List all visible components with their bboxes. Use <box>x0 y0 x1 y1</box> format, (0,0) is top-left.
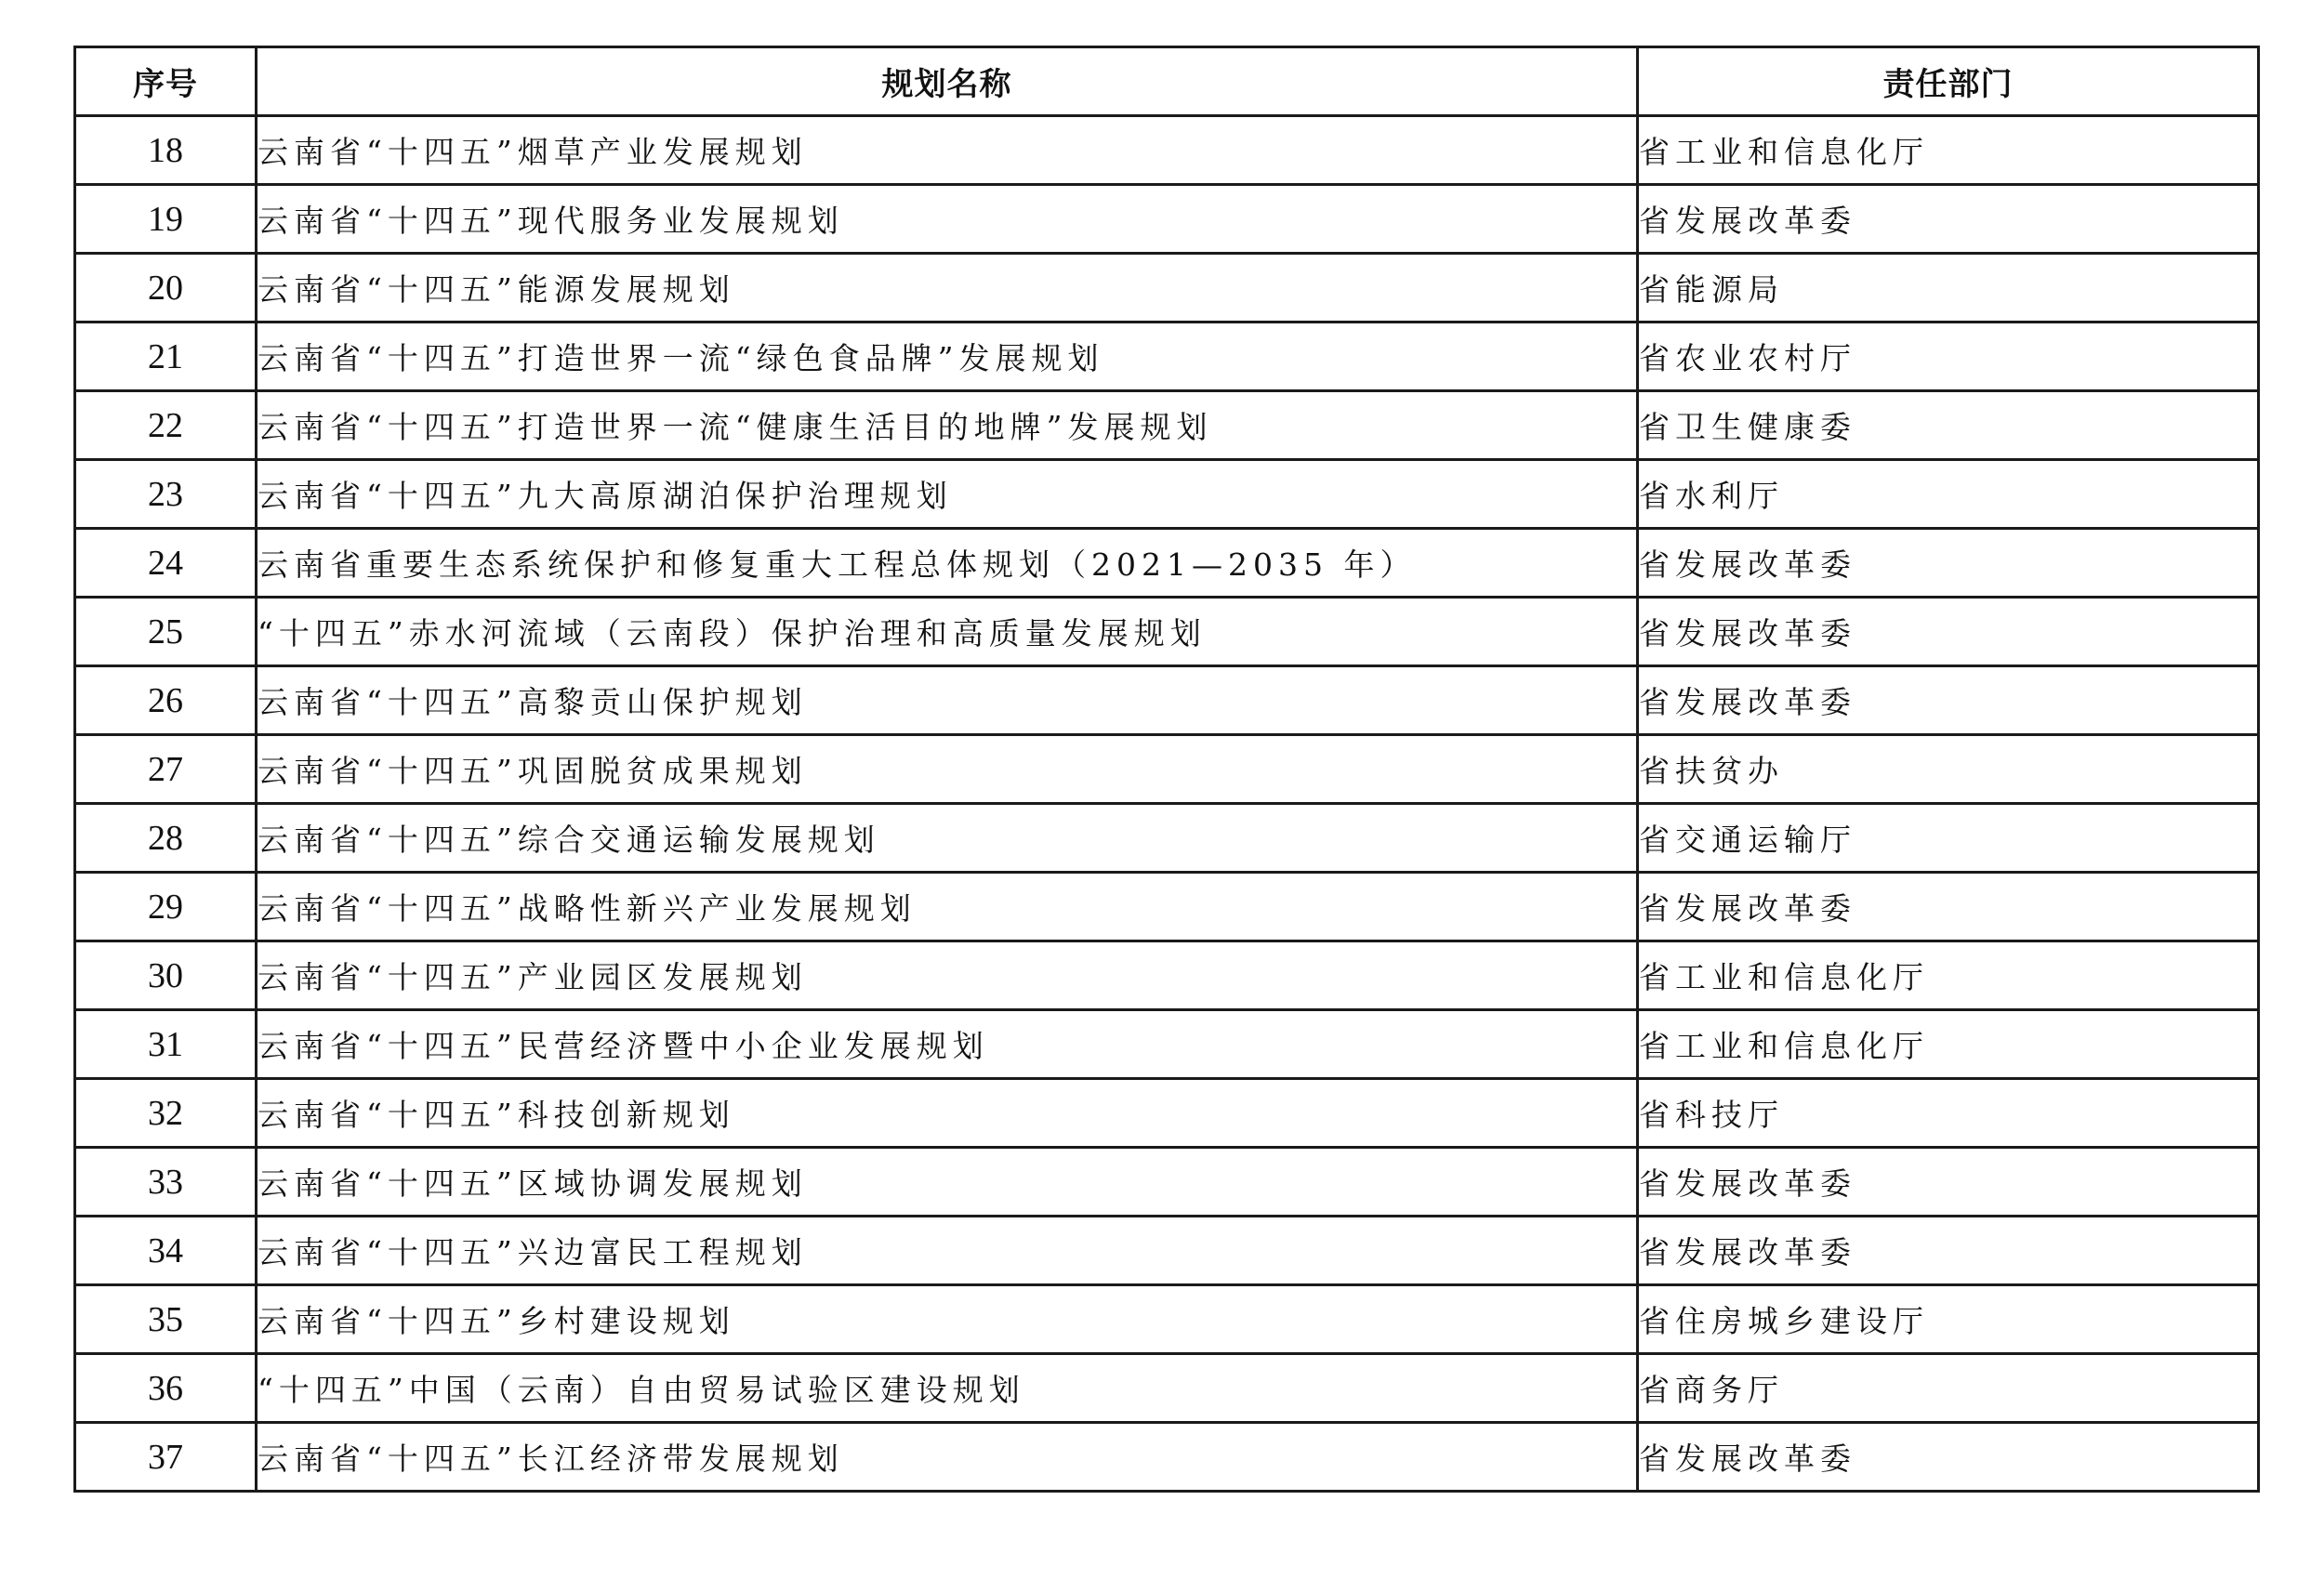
plan-name-cell: 云南省“十四五”打造世界一流“绿色食品牌”发展规划 <box>257 322 1638 391</box>
header-department: 责任部门 <box>1638 47 2259 116</box>
table-row: 30云南省“十四五”产业园区发展规划省工业和信息化厅 <box>75 941 2259 1010</box>
department-cell: 省扶贫办 <box>1638 735 2259 804</box>
table-body: 18云南省“十四五”烟草产业发展规划省工业和信息化厅19云南省“十四五”现代服务… <box>75 116 2259 1492</box>
row-index: 22 <box>75 391 257 460</box>
row-index: 29 <box>75 873 257 941</box>
plan-name-cell: 云南省“十四五”现代服务业发展规划 <box>257 185 1638 254</box>
department-cell: 省商务厅 <box>1638 1354 2259 1423</box>
row-index: 19 <box>75 185 257 254</box>
plan-name-cell: 云南省“十四五”巩固脱贫成果规划 <box>257 735 1638 804</box>
plan-name-cell: 云南省“十四五”产业园区发展规划 <box>257 941 1638 1010</box>
plan-name-cell: 云南省“十四五”长江经济带发展规划 <box>257 1423 1638 1492</box>
row-index: 25 <box>75 598 257 666</box>
plan-name-cell: 云南省“十四五”乡村建设规划 <box>257 1285 1638 1354</box>
table-row: 32云南省“十四五”科技创新规划省科技厅 <box>75 1079 2259 1148</box>
row-index: 35 <box>75 1285 257 1354</box>
table-row: 36“十四五”中国（云南）自由贸易试验区建设规划省商务厅 <box>75 1354 2259 1423</box>
department-cell: 省交通运输厅 <box>1638 804 2259 873</box>
plan-name-cell: 云南省“十四五”能源发展规划 <box>257 254 1638 322</box>
department-cell: 省发展改革委 <box>1638 185 2259 254</box>
table-row: 27云南省“十四五”巩固脱贫成果规划省扶贫办 <box>75 735 2259 804</box>
table-row: 21云南省“十四五”打造世界一流“绿色食品牌”发展规划省农业农村厅 <box>75 322 2259 391</box>
department-cell: 省工业和信息化厅 <box>1638 116 2259 185</box>
department-cell: 省住房城乡建设厅 <box>1638 1285 2259 1354</box>
department-cell: 省工业和信息化厅 <box>1638 941 2259 1010</box>
table-row: 26云南省“十四五”高黎贡山保护规划省发展改革委 <box>75 666 2259 735</box>
table-row: 34云南省“十四五”兴边富民工程规划省发展改革委 <box>75 1217 2259 1285</box>
header-row: 序号 规划名称 责任部门 <box>75 47 2259 116</box>
department-cell: 省发展改革委 <box>1638 873 2259 941</box>
plan-name-cell: 云南省“十四五”九大高原湖泊保护治理规划 <box>257 460 1638 529</box>
table-row: 28云南省“十四五”综合交通运输发展规划省交通运输厅 <box>75 804 2259 873</box>
row-index: 18 <box>75 116 257 185</box>
table-row: 20云南省“十四五”能源发展规划省能源局 <box>75 254 2259 322</box>
table-row: 35云南省“十四五”乡村建设规划省住房城乡建设厅 <box>75 1285 2259 1354</box>
row-index: 32 <box>75 1079 257 1148</box>
department-cell: 省科技厅 <box>1638 1079 2259 1148</box>
row-index: 37 <box>75 1423 257 1492</box>
plan-name-cell: “十四五”赤水河流域（云南段）保护治理和高质量发展规划 <box>257 598 1638 666</box>
department-cell: 省卫生健康委 <box>1638 391 2259 460</box>
plan-name-cell: 云南省“十四五”高黎贡山保护规划 <box>257 666 1638 735</box>
row-index: 30 <box>75 941 257 1010</box>
plan-name-cell: 云南省“十四五”区域协调发展规划 <box>257 1148 1638 1217</box>
row-index: 33 <box>75 1148 257 1217</box>
table-row: 31云南省“十四五”民营经济暨中小企业发展规划省工业和信息化厅 <box>75 1010 2259 1079</box>
table-row: 37云南省“十四五”长江经济带发展规划省发展改革委 <box>75 1423 2259 1492</box>
row-index: 26 <box>75 666 257 735</box>
row-index: 36 <box>75 1354 257 1423</box>
department-cell: 省发展改革委 <box>1638 1423 2259 1492</box>
row-index: 21 <box>75 322 257 391</box>
row-index: 23 <box>75 460 257 529</box>
table-row: 22云南省“十四五”打造世界一流“健康生活目的地牌”发展规划省卫生健康委 <box>75 391 2259 460</box>
plan-name-cell: “十四五”中国（云南）自由贸易试验区建设规划 <box>257 1354 1638 1423</box>
department-cell: 省工业和信息化厅 <box>1638 1010 2259 1079</box>
plan-name-cell: 云南省“十四五”打造世界一流“健康生活目的地牌”发展规划 <box>257 391 1638 460</box>
department-cell: 省能源局 <box>1638 254 2259 322</box>
row-index: 20 <box>75 254 257 322</box>
plan-name-cell: 云南省“十四五”兴边富民工程规划 <box>257 1217 1638 1285</box>
plan-name-cell: 云南省重要生态系统保护和修复重大工程总体规划（2021—2035 年） <box>257 529 1638 598</box>
department-cell: 省水利厅 <box>1638 460 2259 529</box>
department-cell: 省发展改革委 <box>1638 666 2259 735</box>
table-row: 24云南省重要生态系统保护和修复重大工程总体规划（2021—2035 年）省发展… <box>75 529 2259 598</box>
table-row: 18云南省“十四五”烟草产业发展规划省工业和信息化厅 <box>75 116 2259 185</box>
plan-name-cell: 云南省“十四五”科技创新规划 <box>257 1079 1638 1148</box>
table-row: 33云南省“十四五”区域协调发展规划省发展改革委 <box>75 1148 2259 1217</box>
row-index: 31 <box>75 1010 257 1079</box>
row-index: 28 <box>75 804 257 873</box>
row-index: 34 <box>75 1217 257 1285</box>
header-plan-name: 规划名称 <box>257 47 1638 116</box>
plan-name-cell: 云南省“十四五”烟草产业发展规划 <box>257 116 1638 185</box>
table-row: 25“十四五”赤水河流域（云南段）保护治理和高质量发展规划省发展改革委 <box>75 598 2259 666</box>
plan-name-cell: 云南省“十四五”民营经济暨中小企业发展规划 <box>257 1010 1638 1079</box>
row-index: 27 <box>75 735 257 804</box>
department-cell: 省发展改革委 <box>1638 529 2259 598</box>
department-cell: 省农业农村厅 <box>1638 322 2259 391</box>
plan-name-cell: 云南省“十四五”综合交通运输发展规划 <box>257 804 1638 873</box>
table-row: 23云南省“十四五”九大高原湖泊保护治理规划省水利厅 <box>75 460 2259 529</box>
department-cell: 省发展改革委 <box>1638 598 2259 666</box>
table-row: 19云南省“十四五”现代服务业发展规划省发展改革委 <box>75 185 2259 254</box>
row-index: 24 <box>75 529 257 598</box>
department-cell: 省发展改革委 <box>1638 1217 2259 1285</box>
header-index: 序号 <box>75 47 257 116</box>
table-row: 29云南省“十四五”战略性新兴产业发展规划省发展改革委 <box>75 873 2259 941</box>
plan-name-cell: 云南省“十四五”战略性新兴产业发展规划 <box>257 873 1638 941</box>
plan-table: 序号 规划名称 责任部门 18云南省“十四五”烟草产业发展规划省工业和信息化厅1… <box>73 46 2260 1493</box>
department-cell: 省发展改革委 <box>1638 1148 2259 1217</box>
